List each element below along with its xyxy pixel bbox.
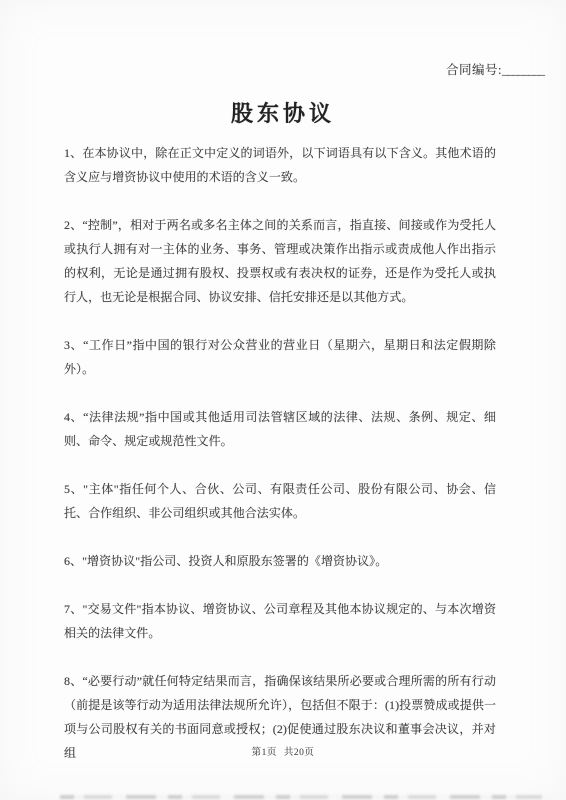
next-page-text-cutoff: [60, 795, 542, 799]
document-body: 1、在本协议中，除在正文中定义的词语外，以下词语具有以下含义。其他术语的含义应与…: [64, 141, 496, 789]
document-page: 合同编号:________ 股东协议 1、在本协议中，除在正文中定义的词语外，以…: [0, 0, 566, 800]
contract-number-blank: ________: [502, 63, 544, 77]
contract-number-label: 合同编号:: [446, 63, 502, 77]
clause-paragraph-1: 1、在本协议中，除在正文中定义的词语外，以下词语具有以下含义。其他术语的含义应与…: [64, 141, 496, 189]
clause-paragraph-7: 7、"交易文件"指本协议、增资协议、公司章程及其他本协议规定的、与本次增资相关的…: [64, 597, 496, 645]
clause-paragraph-2: 2、“控制”，相对于两名或多名主体之间的关系而言，指直接、间接或作为受托人或执行…: [64, 213, 496, 309]
clause-paragraph-6: 6、"增资协议"指公司、投资人和原股东签署的《增资协议》。: [64, 549, 496, 573]
page-title: 股东协议: [0, 97, 566, 128]
page-number: 第1页: [252, 748, 277, 758]
page-footer: 第1页共20页: [0, 744, 566, 758]
clause-paragraph-5: 5、"主体"指任何个人、合伙、公司、有限责任公司、股份有限公司、协会、信托、合作…: [64, 477, 496, 525]
contract-number: 合同编号:________: [446, 60, 544, 78]
clause-paragraph-3: 3、“工作日”指中国的银行对公众营业的营业日（星期六，星期日和法定假期除外）。: [64, 333, 496, 381]
page-total: 共20页: [284, 748, 315, 758]
clause-paragraph-4: 4、“法律法规”指中国或其他适用司法管辖区域的法律、法规、条例、规定、细则、命令…: [64, 405, 496, 453]
